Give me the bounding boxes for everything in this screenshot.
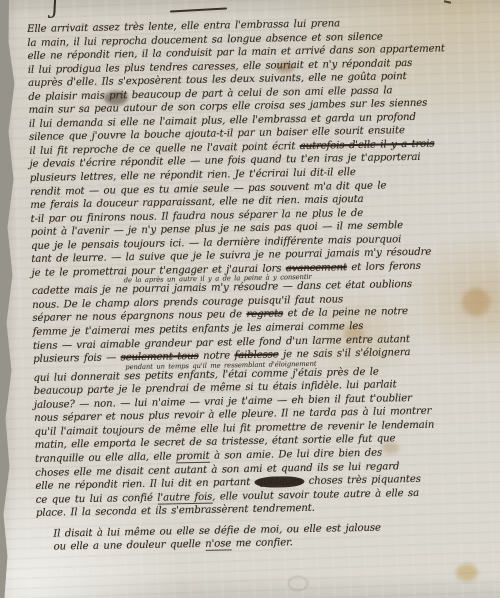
- struck-out-text: autrefois d'elle il y a trois: [300, 138, 435, 151]
- top-edge-pen-mark: [444, 0, 451, 3]
- handwritten-text: choses très piquantes: [304, 474, 421, 487]
- underlined-text: l'autre fois: [157, 491, 212, 504]
- handwritten-text: place. Il la seconda et ils s'embrassère…: [36, 503, 315, 519]
- faint-ring-mark: [288, 576, 308, 591]
- struck-out-text: regrets: [246, 309, 283, 321]
- handwritten-text: ou elle a une douleur quelle: [54, 539, 206, 553]
- inked-over-text: quelques: [255, 476, 305, 488]
- handwritten-text: et lors ferons: [347, 261, 421, 273]
- header-flourish-mark: J: [48, 0, 60, 18]
- foxing-stain: [456, 564, 478, 581]
- manuscript-body: Elle arrivait assez très lente, elle ent…: [27, 14, 500, 554]
- manuscript-scan: J Elle arrivait assez très lente, elle e…: [0, 0, 500, 598]
- underlined-text: promit: [176, 451, 210, 464]
- header-divider-rule: [170, 8, 227, 13]
- handwritten-text: à son amie. De lui dire bien des: [209, 448, 382, 462]
- handwritten-text: tranquille ou elle alla, elle: [35, 451, 176, 465]
- handwritten-text: me confier.: [231, 537, 293, 549]
- paper-sheet: J Elle arrivait assez très lente, elle e…: [0, 0, 500, 598]
- underlined-text: n'ose: [205, 539, 231, 551]
- handwritten-text: plusieurs fois —: [33, 352, 121, 365]
- handwritten-text: et de la peine ne notre: [283, 307, 408, 320]
- handwritten-text: ce que tu lui as confié: [36, 492, 158, 505]
- handwritten-text: , elle voulut savoir toute autre à elle …: [212, 487, 419, 502]
